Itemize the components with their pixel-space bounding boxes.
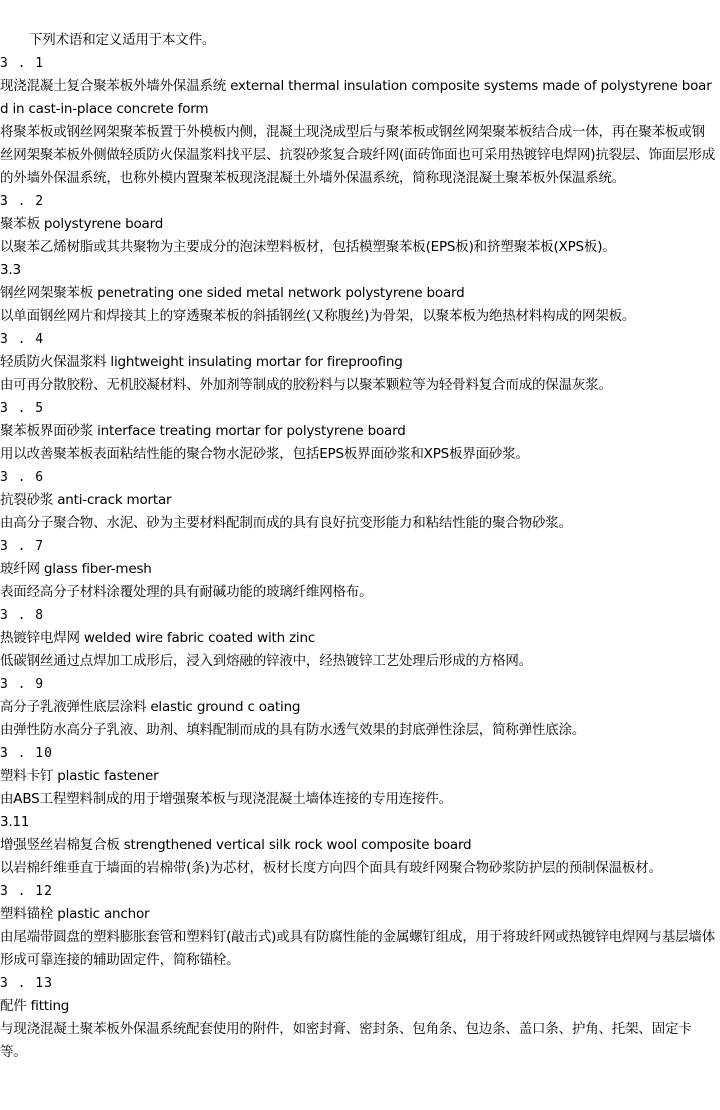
- term-entry-3-8: 3 . 8 热镀锌电焊网welded wire fabric coated wi…: [0, 604, 716, 673]
- term-entry-3-12: 3 . 12 塑料锚栓plastic anchor 由尾端带圆盘的塑料膨胀套管和…: [0, 880, 716, 972]
- term-entry-3-4: 3 . 4 轻质防火保温浆料lightweight insulating mor…: [0, 328, 716, 397]
- term-title: 现浇混凝土复合聚苯板外墙外保温系统external thermal insula…: [0, 75, 716, 121]
- term-en: plastic anchor: [57, 906, 149, 922]
- term-en: penetrating one sided metal network poly…: [97, 285, 464, 301]
- term-en: elastic ground c oating: [150, 699, 300, 715]
- term-number: 3 . 5: [0, 397, 716, 420]
- term-number: 3 . 10: [0, 742, 716, 765]
- term-zh: 配件: [0, 998, 27, 1014]
- term-definition: 以岩棉纤维垂直于墙面的岩棉带(条)为芯材，板材长度方向四个面具有玻纤网聚合物砂浆…: [0, 857, 716, 880]
- term-en: lightweight insulating mortar for firepr…: [110, 354, 402, 370]
- term-title: 玻纤网glass fiber-mesh: [0, 558, 716, 581]
- term-entry-3-2: 3 . 2 聚苯板polystyrene board 以聚苯乙烯树脂或其共聚物为…: [0, 190, 716, 259]
- term-entry-3-5: 3 . 5 聚苯板界面砂浆interface treating mortar f…: [0, 397, 716, 466]
- intro-text: 下列术语和定义适用于本文件。: [0, 29, 716, 52]
- term-zh: 高分子乳液弹性底层涂料: [0, 699, 146, 715]
- term-definition: 由高分子聚合物、水泥、砂为主要材料配制而成的具有良好抗变形能力和粘结性能的聚合物…: [0, 512, 716, 535]
- term-number: 3 . 12: [0, 880, 716, 903]
- term-en: welded wire fabric coated with zinc: [84, 630, 315, 646]
- term-definition: 由ABS工程塑料制成的用于增强聚苯板与现浇混凝土墙体连接的专用连接件。: [0, 788, 716, 811]
- term-definition: 表面经高分子材料涂覆处理的具有耐碱功能的玻璃纤维网格布。: [0, 581, 716, 604]
- term-number: 3 . 9: [0, 673, 716, 696]
- term-zh: 塑料卡钉: [0, 768, 53, 784]
- term-entry-3-9: 3 . 9 高分子乳液弹性底层涂料elastic ground c oating…: [0, 673, 716, 742]
- term-entry-3-6: 3 . 6 抗裂砂浆anti-crack mortar 由高分子聚合物、水泥、砂…: [0, 466, 716, 535]
- term-definition: 将聚苯板或钢丝网架聚苯板置于外模板内侧，混凝土现浇成型后与聚苯板或钢丝网架聚苯板…: [0, 121, 716, 190]
- term-en: strengthened vertical silk rock wool com…: [124, 837, 472, 853]
- term-zh: 塑料锚栓: [0, 906, 53, 922]
- term-definition: 低碳钢丝通过点焊加工成形后，浸入到熔融的锌液中，经热镀锌工艺处理后形成的方格网。: [0, 650, 716, 673]
- term-zh: 聚苯板: [0, 216, 40, 232]
- term-zh: 热镀锌电焊网: [0, 630, 80, 646]
- term-number: 3.3: [0, 259, 716, 282]
- term-zh: 现浇混凝土复合聚苯板外墙外保温系统: [0, 78, 226, 94]
- document-page: 下列术语和定义适用于本文件。 3 . 1 现浇混凝土复合聚苯板外墙外保温系统ex…: [0, 0, 720, 1064]
- term-entry-3-7: 3 . 7 玻纤网glass fiber-mesh 表面经高分子材料涂覆处理的具…: [0, 535, 716, 604]
- term-title: 热镀锌电焊网welded wire fabric coated with zin…: [0, 627, 716, 650]
- term-number: 3 . 13: [0, 972, 716, 995]
- term-number: 3 . 4: [0, 328, 716, 351]
- term-en: polystyrene board: [44, 216, 163, 232]
- term-number: 3 . 2: [0, 190, 716, 213]
- term-number: 3.11: [0, 811, 716, 834]
- term-zh: 抗裂砂浆: [0, 492, 53, 508]
- term-entry-3-11: 3.11 增强竖丝岩棉复合板strengthened vertical silk…: [0, 811, 716, 880]
- term-number: 3 . 8: [0, 604, 716, 627]
- term-en: anti-crack mortar: [57, 492, 171, 508]
- term-entry-3-3: 3.3 钢丝网架聚苯板penetrating one sided metal n…: [0, 259, 716, 328]
- term-zh: 聚苯板界面砂浆: [0, 423, 93, 439]
- term-definition: 由弹性防水高分子乳液、助剂、填料配制而成的具有防水透气效果的封底弹性涂层，简称弹…: [0, 719, 716, 742]
- term-zh: 玻纤网: [0, 561, 40, 577]
- term-title: 抗裂砂浆anti-crack mortar: [0, 489, 716, 512]
- term-title: 塑料锚栓plastic anchor: [0, 903, 716, 926]
- term-number: 3 . 6: [0, 466, 716, 489]
- term-definition: 以聚苯乙烯树脂或其共聚物为主要成分的泡沫塑料板材，包括模塑聚苯板(EPS板)和挤…: [0, 236, 716, 259]
- term-en: fitting: [31, 998, 70, 1014]
- term-zh: 钢丝网架聚苯板: [0, 285, 93, 301]
- term-title: 高分子乳液弹性底层涂料elastic ground c oating: [0, 696, 716, 719]
- term-en: glass fiber-mesh: [44, 561, 152, 577]
- term-title: 轻质防火保温浆料lightweight insulating mortar fo…: [0, 351, 716, 374]
- term-title: 塑料卡钉plastic fastener: [0, 765, 716, 788]
- term-definition: 由尾端带圆盘的塑料膨胀套管和塑料钉(敲击式)或具有防腐性能的金属螺钉组成，用于将…: [0, 926, 716, 972]
- term-number: 3 . 7: [0, 535, 716, 558]
- term-title: 聚苯板界面砂浆interface treating mortar for pol…: [0, 420, 716, 443]
- term-en: plastic fastener: [57, 768, 158, 784]
- term-zh: 轻质防火保温浆料: [0, 354, 106, 370]
- term-zh: 增强竖丝岩棉复合板: [0, 837, 120, 853]
- term-title: 增强竖丝岩棉复合板strengthened vertical silk rock…: [0, 834, 716, 857]
- term-definition: 与现浇混凝土聚苯板外保温系统配套使用的附件，如密封膏、密封条、包角条、包边条、盖…: [0, 1018, 716, 1064]
- term-title: 聚苯板polystyrene board: [0, 213, 716, 236]
- term-definition: 用以改善聚苯板表面粘结性能的聚合物水泥砂浆，包括EPS板界面砂浆和XPS板界面砂…: [0, 443, 716, 466]
- term-number: 3 . 1: [0, 52, 716, 75]
- term-entry-3-13: 3 . 13 配件fitting 与现浇混凝土聚苯板外保温系统配套使用的附件，如…: [0, 972, 716, 1064]
- term-title: 钢丝网架聚苯板penetrating one sided metal netwo…: [0, 282, 716, 305]
- term-entry-3-1: 3 . 1 现浇混凝土复合聚苯板外墙外保温系统external thermal …: [0, 52, 716, 190]
- term-definition: 以单面钢丝网片和焊接其上的穿透聚苯板的斜插钢丝(又称腹丝)为骨架，以聚苯板为绝热…: [0, 305, 716, 328]
- term-en: interface treating mortar for polystyren…: [97, 423, 406, 439]
- term-definition: 由可再分散胶粉、无机胶凝材料、外加剂等制成的胶粉料与以聚苯颗粒等为轻骨料复合而成…: [0, 374, 716, 397]
- term-entry-3-10: 3 . 10 塑料卡钉plastic fastener 由ABS工程塑料制成的用…: [0, 742, 716, 811]
- term-title: 配件fitting: [0, 995, 716, 1018]
